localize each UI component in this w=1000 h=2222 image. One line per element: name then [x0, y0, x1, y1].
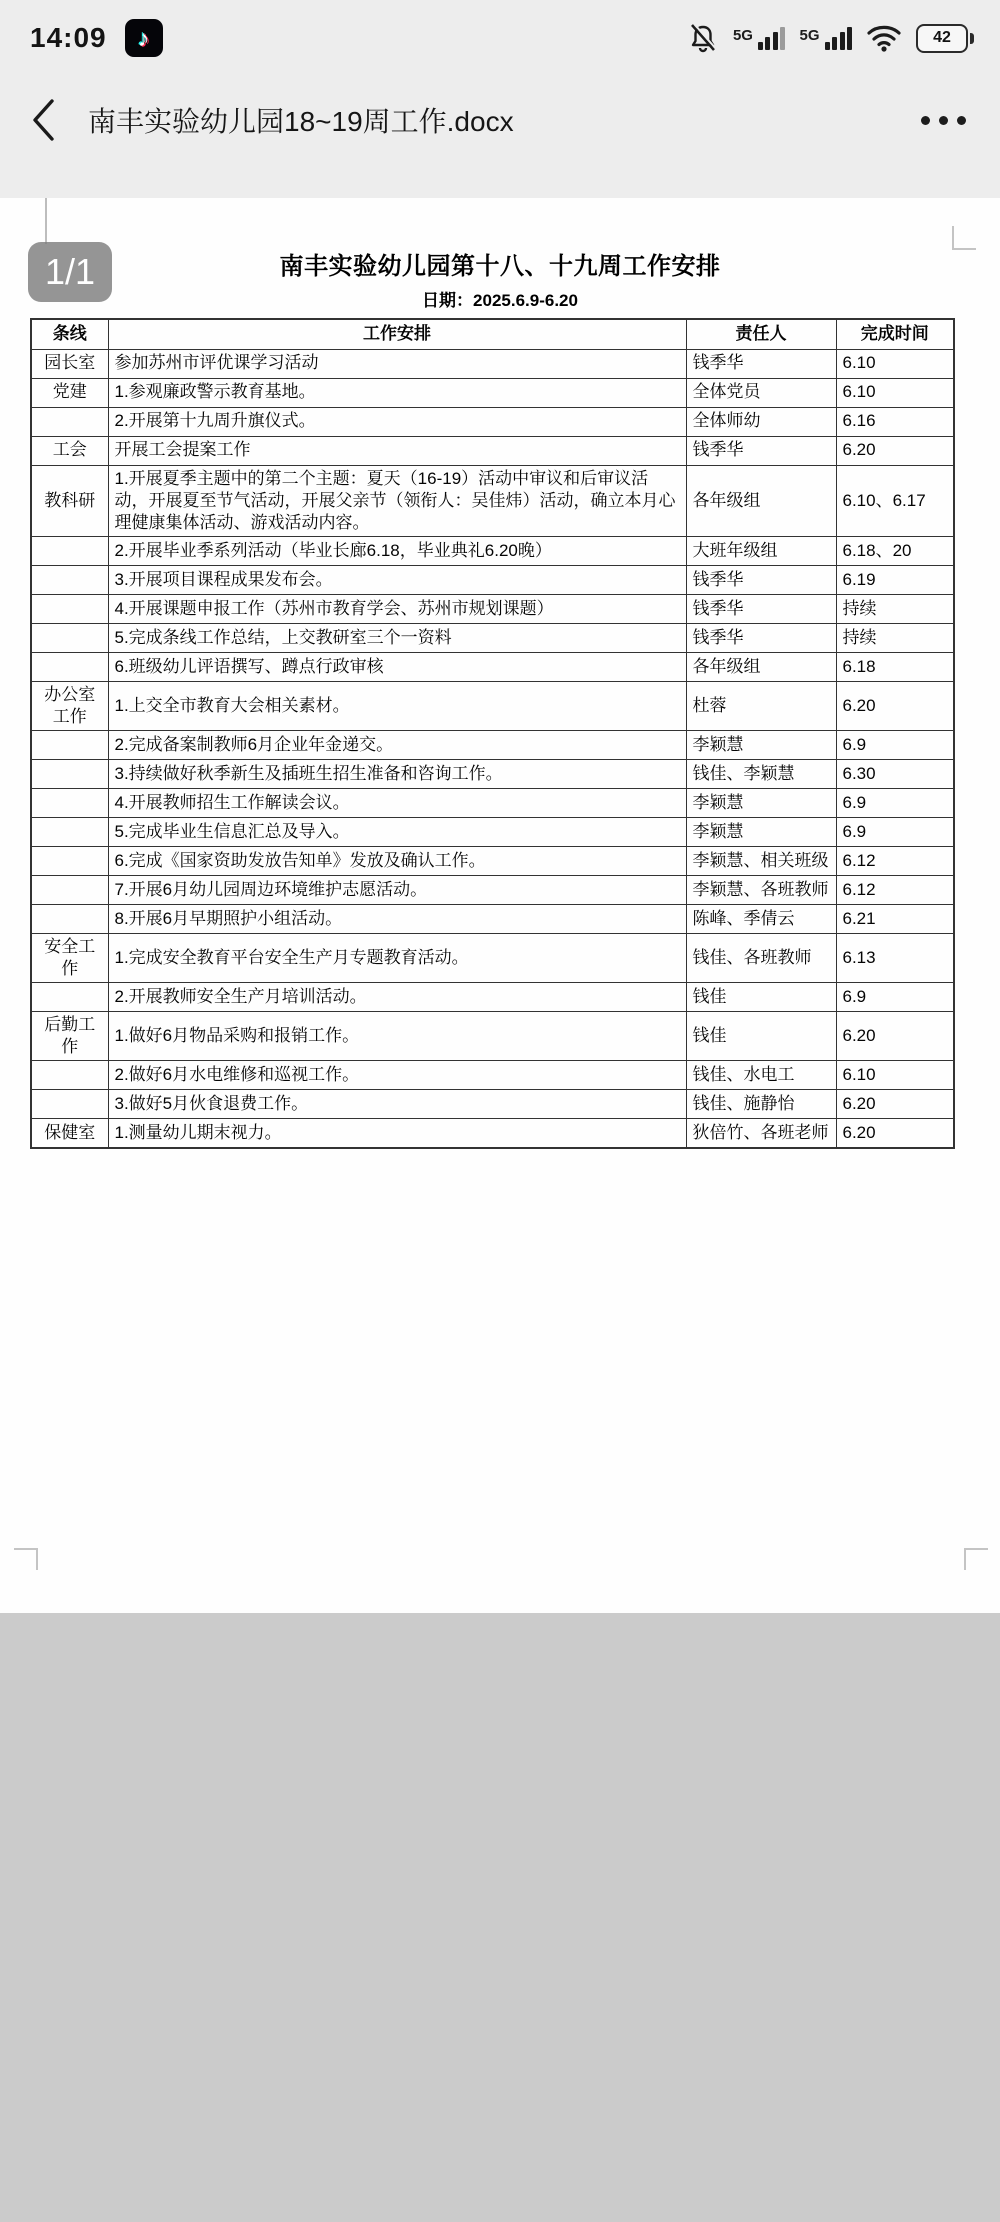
- status-icons: 5G 5G: [687, 22, 974, 54]
- table-row: 7.开展6月幼儿园周边环境维护志愿活动。李颖慧、各班教师6.12: [31, 875, 954, 904]
- owner-cell: 钱佳、各班教师: [686, 933, 836, 982]
- table-row: 8.开展6月早期照护小组活动。陈峰、季倩云6.21: [31, 904, 954, 933]
- page-number-badge: 1/1: [28, 242, 112, 302]
- owner-cell: 钱佳: [686, 983, 836, 1012]
- due-cell: 6.21: [836, 904, 954, 933]
- due-cell: 6.18: [836, 652, 954, 681]
- task-cell: 2.开展教师安全生产月培训活动。: [108, 983, 686, 1012]
- task-cell: 2.开展第十九周升旗仪式。: [108, 407, 686, 436]
- chevron-left-icon: [30, 97, 56, 143]
- battery-icon: 42: [916, 24, 974, 53]
- due-cell: 持续: [836, 623, 954, 652]
- table-row: 3.开展项目课程成果发布会。钱季华6.19: [31, 565, 954, 594]
- owner-cell: 全体党员: [686, 378, 836, 407]
- line-cell: [31, 652, 108, 681]
- top-chrome: 14:09 ♪ 5G 5G: [0, 0, 1000, 198]
- wifi-icon: [866, 23, 902, 53]
- owner-cell: 钱佳、李颖慧: [686, 759, 836, 788]
- line-cell: 工会: [31, 436, 108, 465]
- table-row: 教科研1.开展夏季主题中的第二个主题：夏天（16-19）活动中审议和后审议活动，…: [31, 465, 954, 536]
- table-row: 2.开展教师安全生产月培训活动。钱佳6.9: [31, 983, 954, 1012]
- owner-cell: 陈峰、季倩云: [686, 904, 836, 933]
- network-type-label: 5G: [799, 27, 819, 44]
- line-cell: [31, 1090, 108, 1119]
- table-row: 后勤工作1.做好6月物品采购和报销工作。钱佳6.20: [31, 1012, 954, 1061]
- line-cell: 保健室: [31, 1119, 108, 1148]
- due-cell: 6.10、6.17: [836, 465, 954, 536]
- owner-cell: 钱佳、水电工: [686, 1061, 836, 1090]
- due-cell: 6.12: [836, 875, 954, 904]
- due-cell: 6.9: [836, 983, 954, 1012]
- table-row: 党建1.参观廉政警示教育基地。全体党员6.10: [31, 378, 954, 407]
- document-page[interactable]: 1/1 南丰实验幼儿园第十八、十九周工作安排 日期：2025.6.9-6.20 …: [0, 198, 1000, 1613]
- table-row: 办公室工作1.上交全市教育大会相关素材。杜蓉6.20: [31, 681, 954, 730]
- owner-cell: 大班年级组: [686, 536, 836, 565]
- due-cell: 6.19: [836, 565, 954, 594]
- task-cell: 1.开展夏季主题中的第二个主题：夏天（16-19）活动中审议和后审议活动，开展夏…: [108, 465, 686, 536]
- due-cell: 6.10: [836, 378, 954, 407]
- table-row: 3.做好5月伙食退费工作。钱佳、施静怡6.20: [31, 1090, 954, 1119]
- line-cell: [31, 904, 108, 933]
- back-button[interactable]: [30, 96, 64, 144]
- task-cell: 参加苏州市评优课学习活动: [108, 349, 686, 378]
- table-row: 4.开展教师招生工作解读会议。李颖慧6.9: [31, 788, 954, 817]
- due-cell: 6.30: [836, 759, 954, 788]
- owner-cell: 各年级组: [686, 465, 836, 536]
- music-note-glyph: ♪: [138, 27, 150, 50]
- line-cell: [31, 983, 108, 1012]
- clock-text: 14:09: [30, 22, 107, 54]
- line-cell: [31, 565, 108, 594]
- page-corner-mark: [14, 1548, 38, 1570]
- line-cell: [31, 623, 108, 652]
- battery-nub: [970, 33, 974, 44]
- task-cell: 7.开展6月幼儿园周边环境维护志愿活动。: [108, 875, 686, 904]
- schedule-date: 日期：2025.6.9-6.20: [0, 286, 1000, 311]
- owner-cell: 钱季华: [686, 565, 836, 594]
- mute-bell-icon: [687, 22, 719, 54]
- owner-cell: 钱季华: [686, 436, 836, 465]
- work-schedule-table: 条线 工作安排 责任人 完成时间 园长室参加苏州市评优课学习活动钱季华6.10党…: [30, 318, 955, 1149]
- table-row: 3.持续做好秋季新生及插班生招生准备和咨询工作。钱佳、李颖慧6.30: [31, 759, 954, 788]
- table-row: 2.完成备案制教师6月企业年金递交。李颖慧6.9: [31, 730, 954, 759]
- line-cell: [31, 759, 108, 788]
- task-cell: 4.开展课题申报工作（苏州市教育学会、苏州市规划课题）: [108, 594, 686, 623]
- ellipsis-icon: [921, 116, 930, 125]
- task-cell: 3.做好5月伙食退费工作。: [108, 1090, 686, 1119]
- due-cell: 6.10: [836, 349, 954, 378]
- line-cell: [31, 594, 108, 623]
- owner-cell: 杜蓉: [686, 681, 836, 730]
- owner-cell: 李颖慧: [686, 817, 836, 846]
- column-header-due: 完成时间: [836, 319, 954, 349]
- owner-cell: 钱佳: [686, 1012, 836, 1061]
- line-cell: 后勤工作: [31, 1012, 108, 1061]
- due-cell: 6.20: [836, 436, 954, 465]
- ellipsis-icon: [939, 116, 948, 125]
- table-row: 5.完成条线工作总结，上交教研室三个一资料钱季华持续: [31, 623, 954, 652]
- task-cell: 6.完成《国家资助发放告知单》发放及确认工作。: [108, 846, 686, 875]
- task-cell: 2.开展毕业季系列活动（毕业长廊6.18，毕业典礼6.20晚）: [108, 536, 686, 565]
- owner-cell: 各年级组: [686, 652, 836, 681]
- task-cell: 5.完成毕业生信息汇总及导入。: [108, 817, 686, 846]
- due-cell: 6.20: [836, 681, 954, 730]
- task-cell: 开展工会提案工作: [108, 436, 686, 465]
- owner-cell: 李颖慧: [686, 730, 836, 759]
- table-row: 工会开展工会提案工作钱季华6.20: [31, 436, 954, 465]
- task-cell: 1.做好6月物品采购和报销工作。: [108, 1012, 686, 1061]
- table-row: 2.做好6月水电维修和巡视工作。钱佳、水电工6.10: [31, 1061, 954, 1090]
- table-row: 6.完成《国家资助发放告知单》发放及确认工作。李颖慧、相关班级6.12: [31, 846, 954, 875]
- due-cell: 6.10: [836, 1061, 954, 1090]
- task-cell: 3.持续做好秋季新生及插班生招生准备和咨询工作。: [108, 759, 686, 788]
- line-cell: [31, 407, 108, 436]
- owner-cell: 全体师幼: [686, 407, 836, 436]
- task-cell: 6.班级幼儿评语撰写、蹲点行政审核: [108, 652, 686, 681]
- owner-cell: 狄倍竹、各班老师: [686, 1119, 836, 1148]
- line-cell: 安全工作: [31, 933, 108, 982]
- due-cell: 6.13: [836, 933, 954, 982]
- table-row: 2.开展毕业季系列活动（毕业长廊6.18，毕业典礼6.20晚）大班年级组6.18…: [31, 536, 954, 565]
- page-corner-mark: [952, 226, 976, 250]
- task-cell: 1.完成安全教育平台安全生产月专题教育活动。: [108, 933, 686, 982]
- owner-cell: 钱季华: [686, 623, 836, 652]
- table-header-row: 条线 工作安排 责任人 完成时间: [31, 319, 954, 349]
- work-table-body: 园长室参加苏州市评优课学习活动钱季华6.10党建1.参观廉政警示教育基地。全体党…: [31, 349, 954, 1148]
- line-cell: 教科研: [31, 465, 108, 536]
- owner-cell: 李颖慧: [686, 788, 836, 817]
- table-row: 安全工作1.完成安全教育平台安全生产月专题教育活动。钱佳、各班教师6.13: [31, 933, 954, 982]
- due-cell: 6.9: [836, 730, 954, 759]
- line-cell: 党建: [31, 378, 108, 407]
- page-corner-mark: [964, 1548, 988, 1570]
- tiktok-icon: ♪: [125, 19, 163, 57]
- owner-cell: 钱季华: [686, 349, 836, 378]
- table-row: 5.完成毕业生信息汇总及导入。李颖慧6.9: [31, 817, 954, 846]
- line-cell: 园长室: [31, 349, 108, 378]
- table-row: 园长室参加苏州市评优课学习活动钱季华6.10: [31, 349, 954, 378]
- schedule-title: 南丰实验幼儿园第十八、十九周工作安排: [0, 198, 1000, 281]
- table-row: 6.班级幼儿评语撰写、蹲点行政审核各年级组6.18: [31, 652, 954, 681]
- task-cell: 2.做好6月水电维修和巡视工作。: [108, 1061, 686, 1090]
- owner-cell: 李颖慧、相关班级: [686, 846, 836, 875]
- task-cell: 1.参观廉政警示教育基地。: [108, 378, 686, 407]
- due-cell: 6.18、20: [836, 536, 954, 565]
- column-header-owner: 责任人: [686, 319, 836, 349]
- battery-level-text: 42: [916, 24, 968, 53]
- line-cell: [31, 730, 108, 759]
- ellipsis-icon: [957, 116, 966, 125]
- owner-cell: 钱季华: [686, 594, 836, 623]
- network-type-label: 5G: [733, 27, 753, 44]
- line-cell: [31, 788, 108, 817]
- table-row: 保健室1.测量幼儿期末视力。狄倍竹、各班老师6.20: [31, 1119, 954, 1148]
- line-cell: [31, 875, 108, 904]
- due-cell: 6.20: [836, 1119, 954, 1148]
- task-cell: 4.开展教师招生工作解读会议。: [108, 788, 686, 817]
- due-cell: 6.20: [836, 1012, 954, 1061]
- status-bar: 14:09 ♪ 5G 5G: [0, 0, 1000, 66]
- task-cell: 8.开展6月早期照护小组活动。: [108, 904, 686, 933]
- table-row: 4.开展课题申报工作（苏州市教育学会、苏州市规划课题）钱季华持续: [31, 594, 954, 623]
- line-cell: [31, 817, 108, 846]
- line-cell: [31, 846, 108, 875]
- cellular-signal-1: 5G: [733, 27, 786, 50]
- due-cell: 6.20: [836, 1090, 954, 1119]
- line-cell: [31, 536, 108, 565]
- due-cell: 6.16: [836, 407, 954, 436]
- viewer-background: [0, 1613, 1000, 2222]
- table-row: 2.开展第十九周升旗仪式。全体师幼6.16: [31, 407, 954, 436]
- task-cell: 3.开展项目课程成果发布会。: [108, 565, 686, 594]
- page-corner-mark: [45, 198, 47, 244]
- owner-cell: 李颖慧、各班教师: [686, 875, 836, 904]
- document-title: 南丰实验幼儿园18~19周工作.docx: [88, 100, 514, 140]
- due-cell: 6.12: [836, 846, 954, 875]
- line-cell: 办公室工作: [31, 681, 108, 730]
- cellular-signal-2: 5G: [799, 27, 852, 50]
- nav-bar: 南丰实验幼儿园18~19周工作.docx: [0, 66, 1000, 144]
- task-cell: 1.测量幼儿期末视力。: [108, 1119, 686, 1148]
- signal-bars-icon: [758, 27, 786, 50]
- line-cell: [31, 1061, 108, 1090]
- task-cell: 2.完成备案制教师6月企业年金递交。: [108, 730, 686, 759]
- task-cell: 5.完成条线工作总结，上交教研室三个一资料: [108, 623, 686, 652]
- column-header-task: 工作安排: [108, 319, 686, 349]
- signal-bars-icon: [825, 27, 853, 50]
- more-options-button[interactable]: [921, 106, 966, 135]
- owner-cell: 钱佳、施静怡: [686, 1090, 836, 1119]
- column-header-line: 条线: [31, 319, 108, 349]
- due-cell: 6.9: [836, 788, 954, 817]
- due-cell: 持续: [836, 594, 954, 623]
- task-cell: 1.上交全市教育大会相关素材。: [108, 681, 686, 730]
- due-cell: 6.9: [836, 817, 954, 846]
